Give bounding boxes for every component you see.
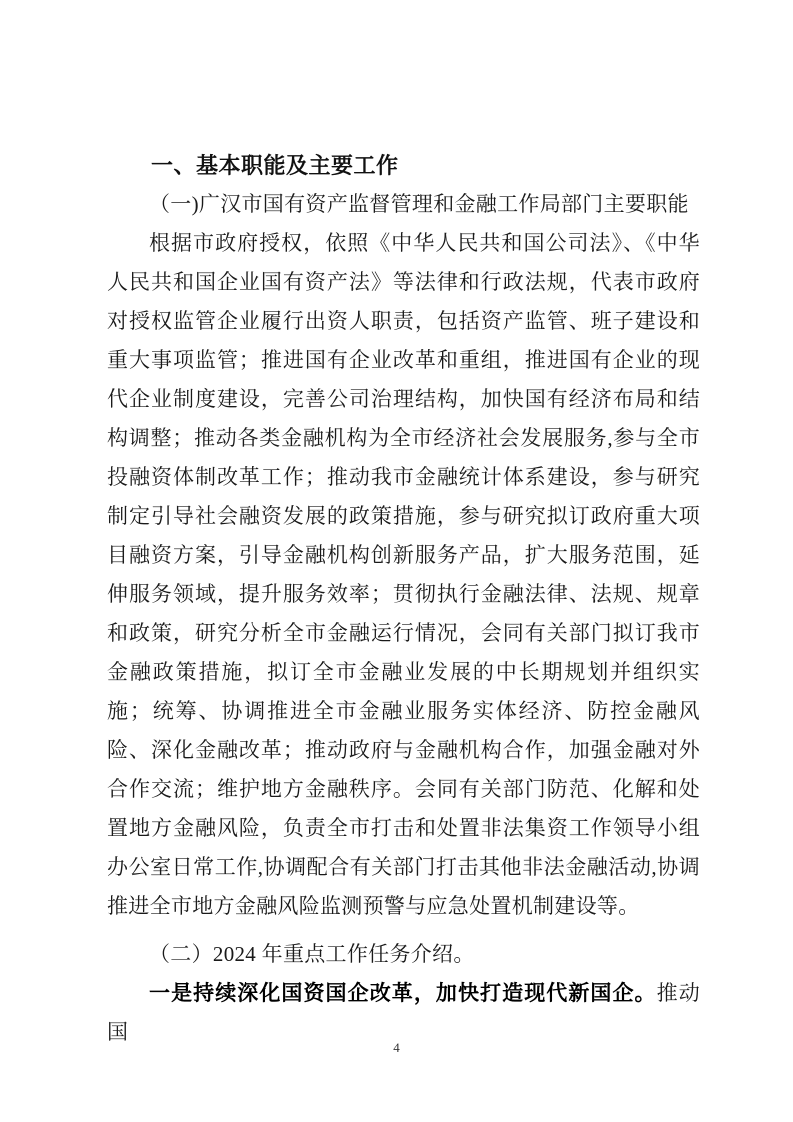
task-1-bold-lead: 一是持续深化国资国企改革，加快打造现代新国企。: [149, 981, 657, 1005]
subsection-1-heading: （一)广汉市国有资产监督管理和金融工作局部门主要职能: [107, 185, 700, 224]
document-page: 一、基本职能及主要工作 （一)广汉市国有资产监督管理和金融工作局部门主要职能 根…: [0, 0, 793, 1122]
document-content: 一、基本职能及主要工作 （一)广汉市国有资产监督管理和金融工作局部门主要职能 根…: [107, 146, 700, 1052]
page-number: 4: [0, 1040, 793, 1056]
subsection-2-heading: （二）2024 年重点工作任务介绍。: [107, 935, 700, 974]
section-heading: 一、基本职能及主要工作: [107, 146, 700, 185]
functions-paragraph: 根据市政府授权，依照《中华人民共和国公司法》、《中华人民共和国企业国有资产法》等…: [107, 224, 700, 926]
